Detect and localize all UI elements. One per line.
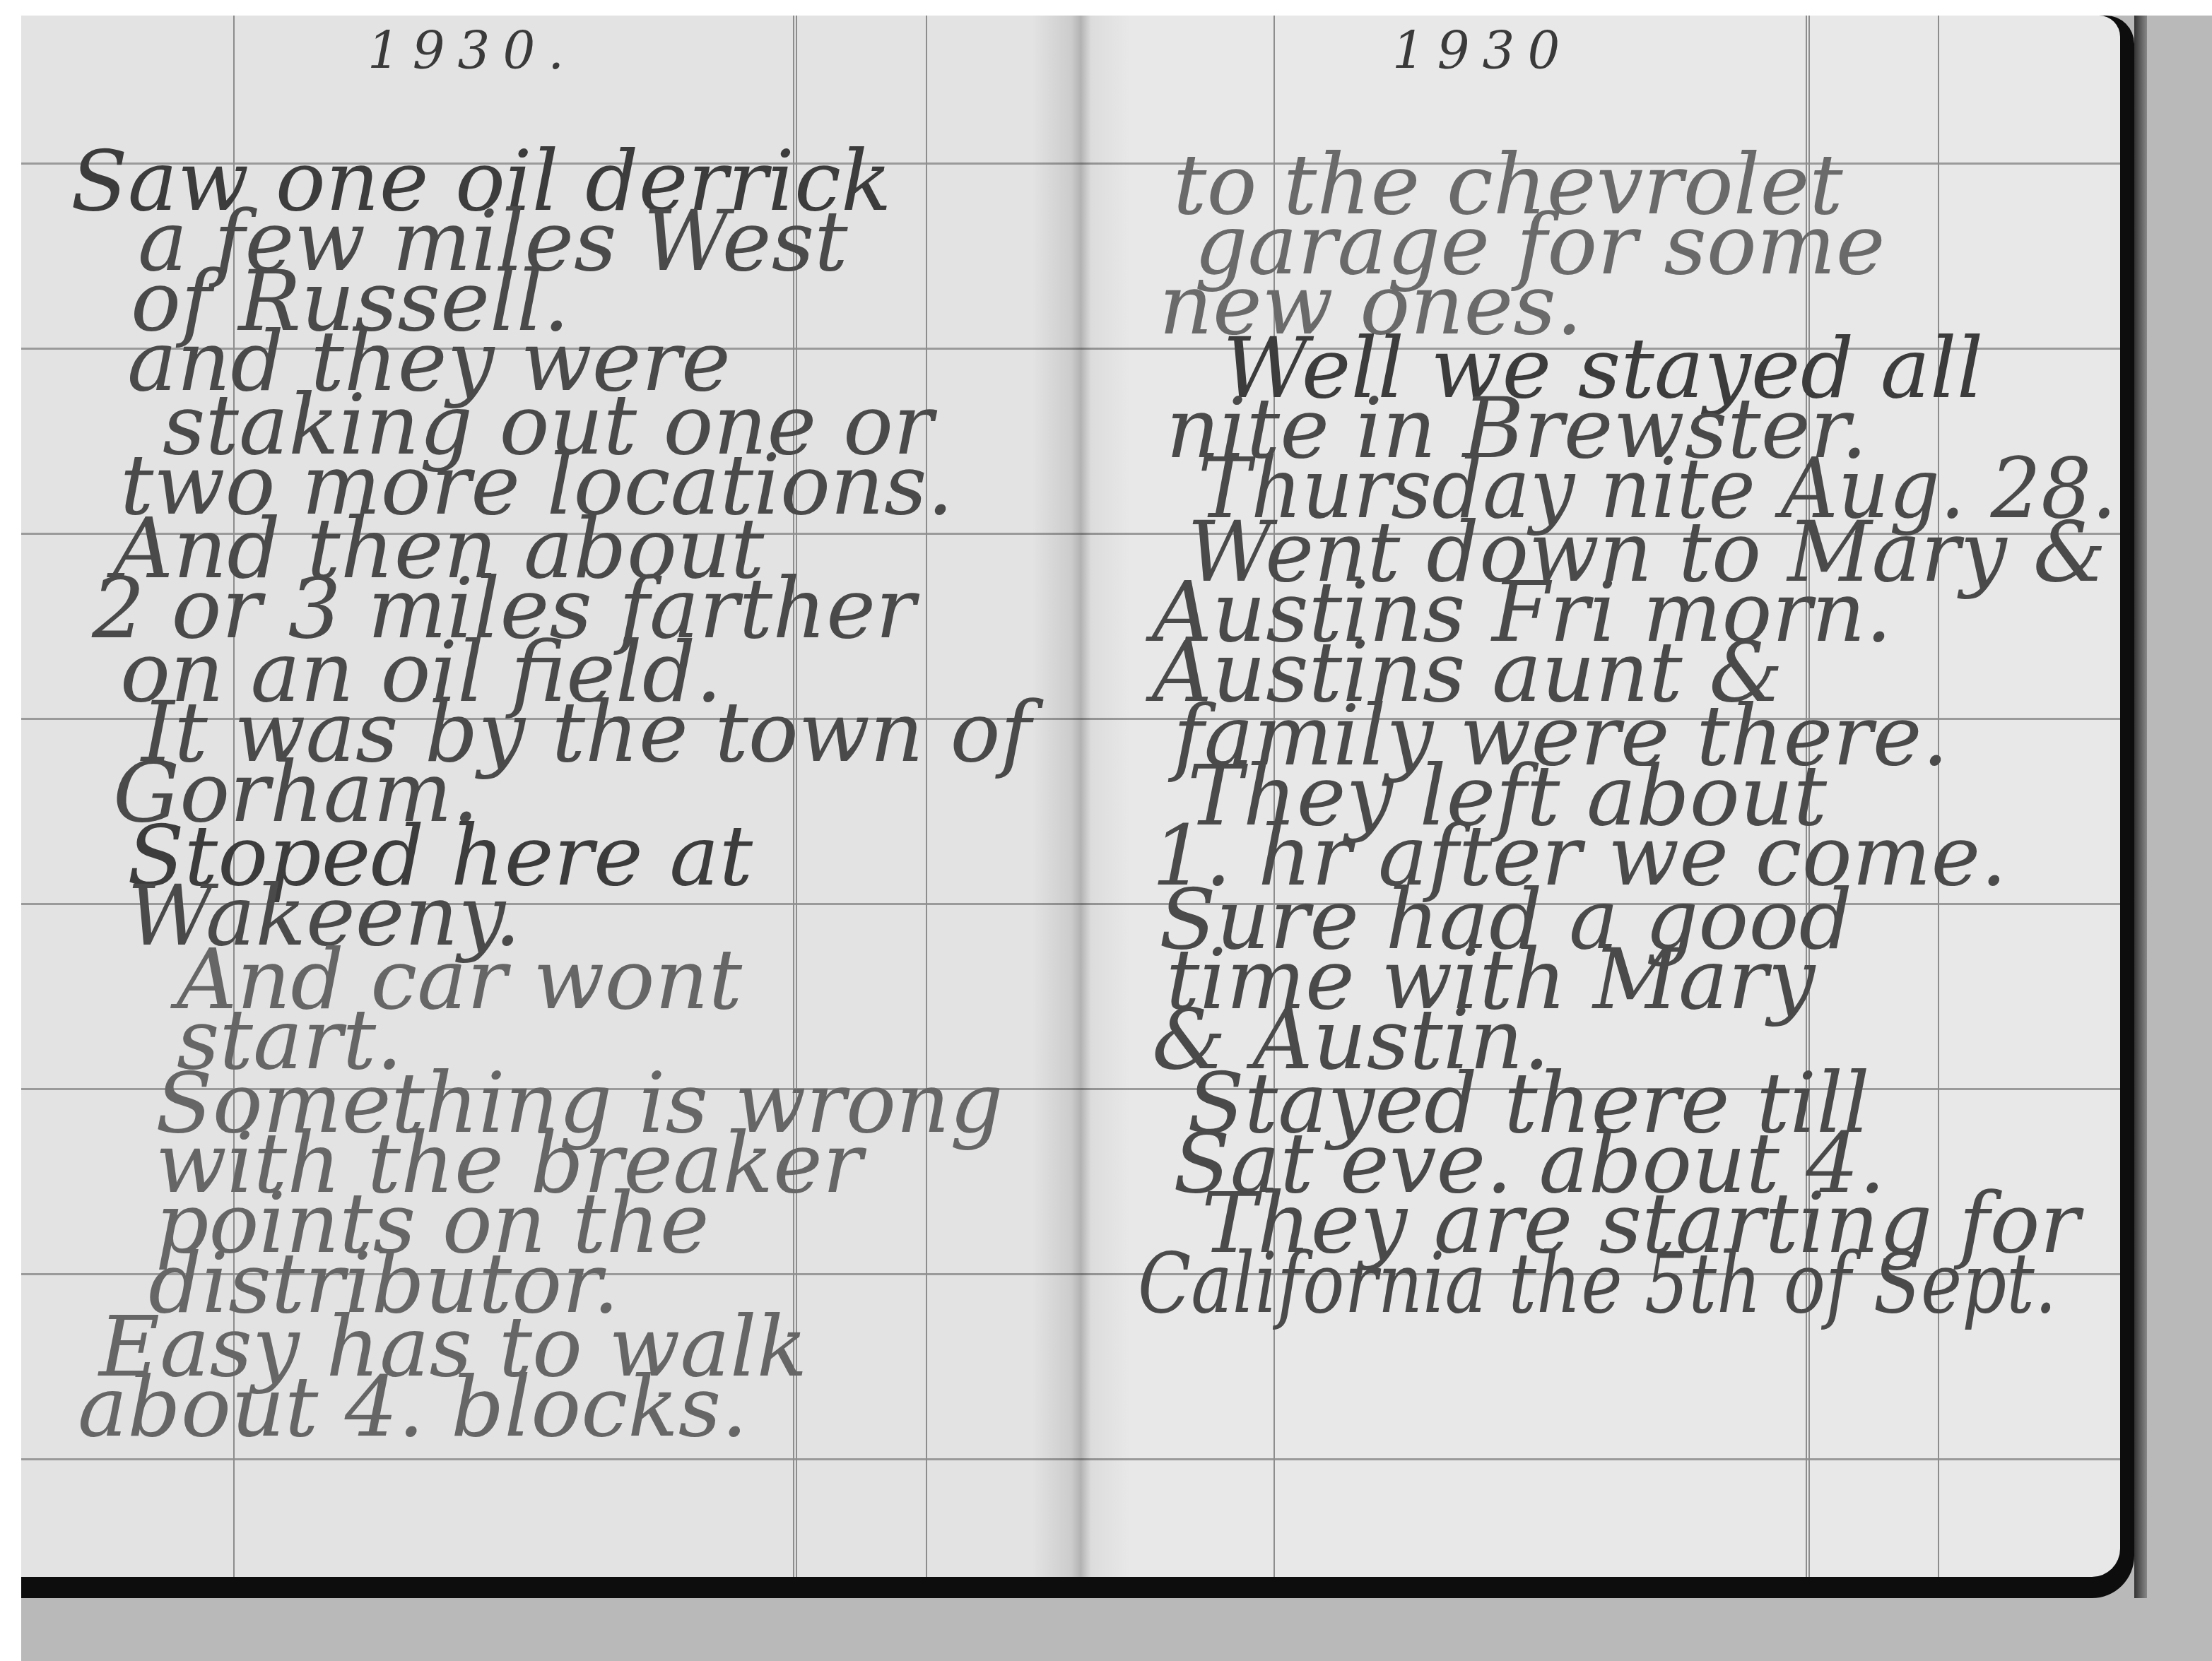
binding-gutter [1032, 16, 1131, 1577]
handwritten-line: California the 5th of Sept. [1138, 1241, 2057, 1325]
right-page-text: to the chevrolet garage for some new one… [1081, 16, 2120, 1577]
handwritten-line: about 4. blocks. [78, 1365, 748, 1448]
left-page: 1930. Saw one oil derrick a few miles We… [21, 16, 1081, 1577]
cover-edge [2134, 16, 2147, 1598]
notebook: 1930. Saw one oil derrick a few miles We… [21, 16, 2134, 1598]
right-page: 1930 to the chevrolet garage for some ne… [1081, 16, 2120, 1577]
left-page-text: Saw one oil derrick a few miles West of … [21, 16, 1081, 1577]
